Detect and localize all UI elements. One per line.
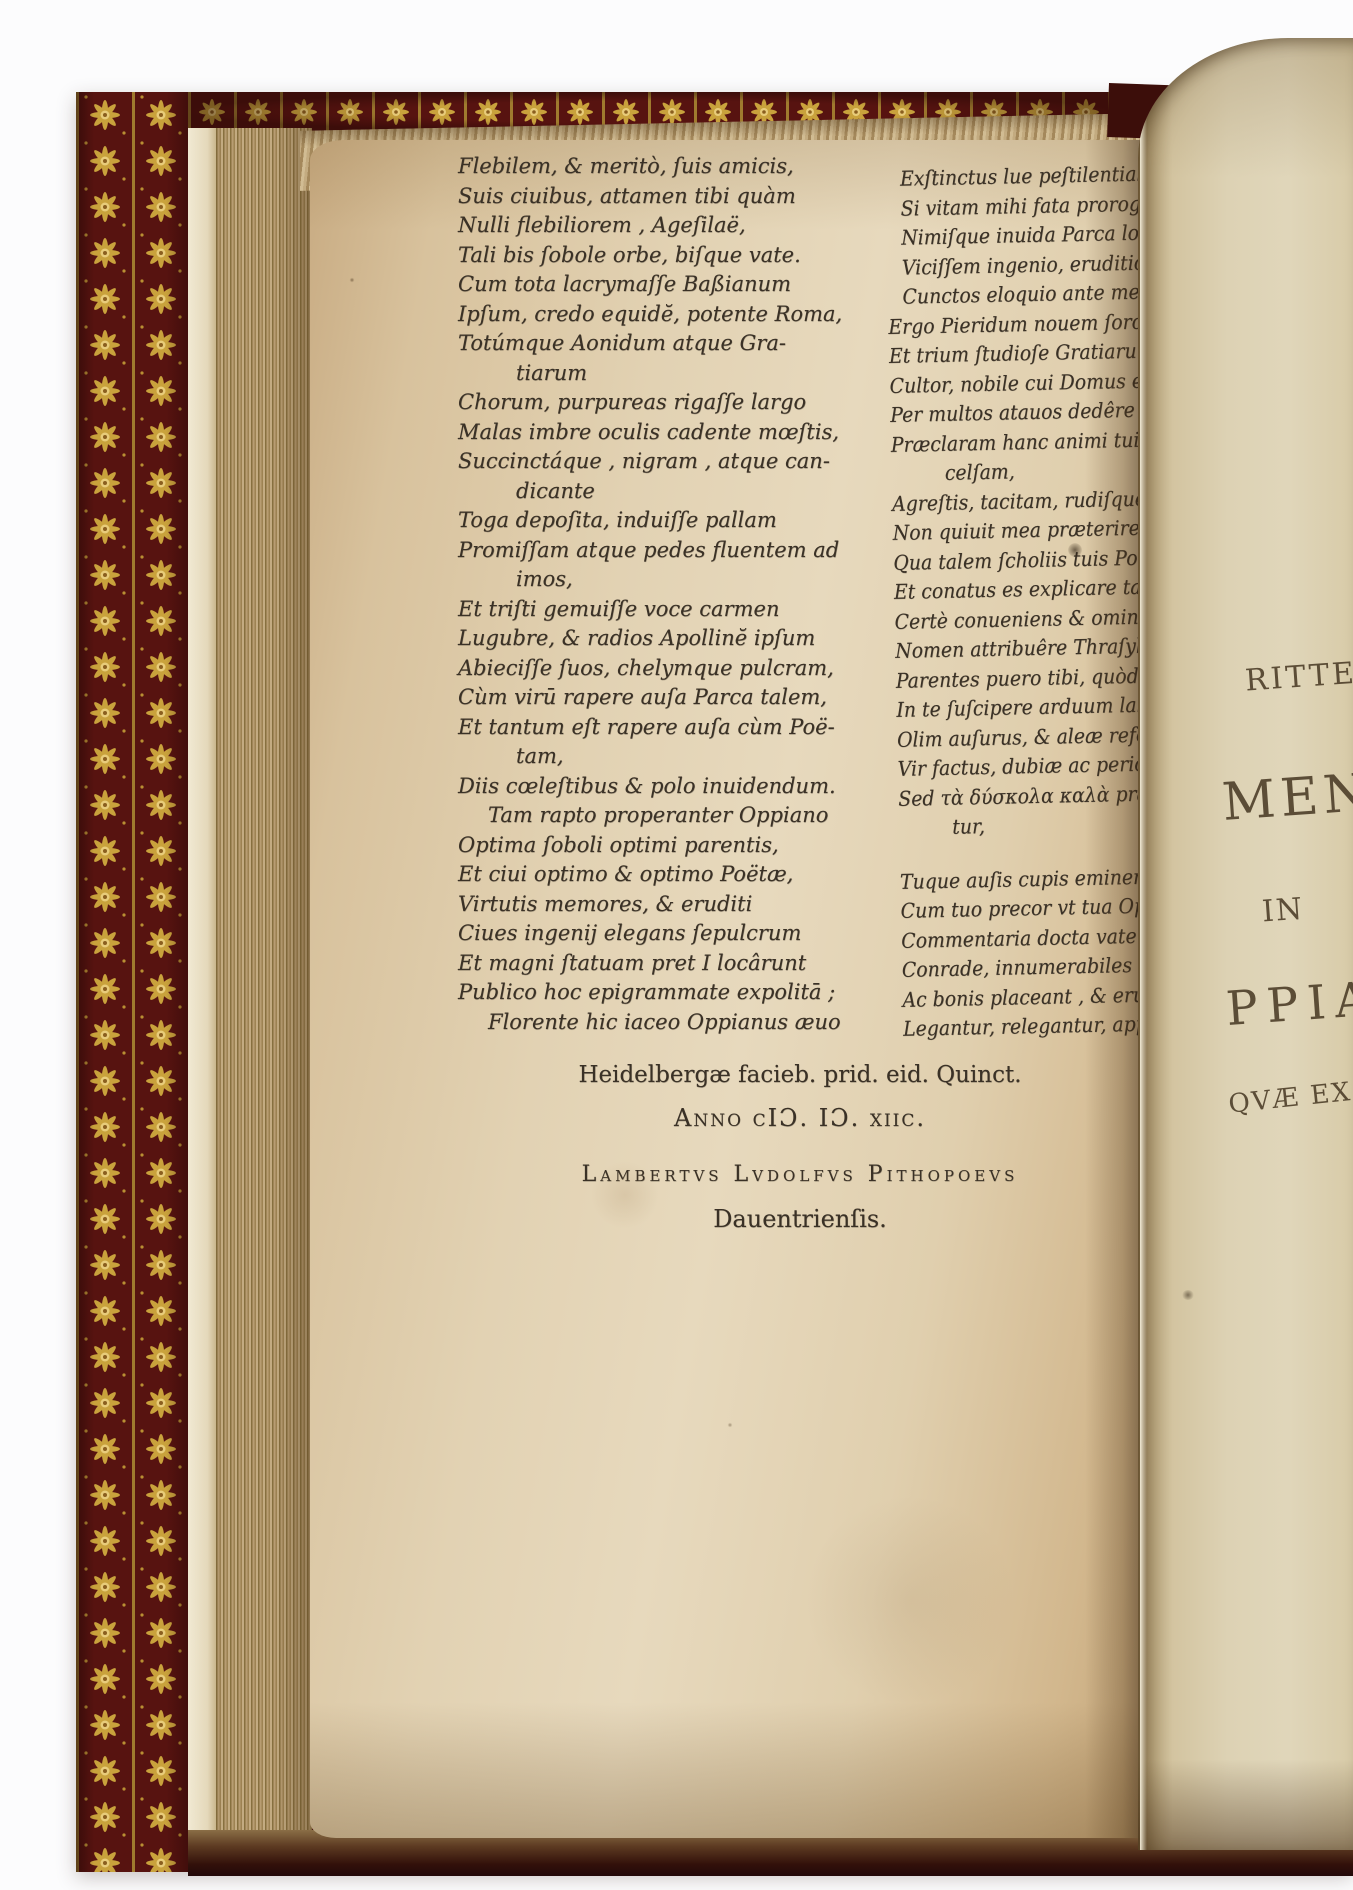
fore-edge-pages (188, 128, 312, 1872)
verse-line: tiarum (458, 359, 888, 389)
verse-line: Optima ſoboli optimi parentis, (458, 831, 888, 861)
verse-line: tur, (899, 808, 1148, 843)
verse-line: Nimiſque inuida Parca longiorē, (886, 218, 1148, 253)
verse-line: Tali bis ſobole orbe, biſque vate. (458, 241, 888, 271)
verse-line: Totúmque Aonidum atque Gra- (458, 329, 888, 359)
verse-line: Et triſti gemuiſſe voce carmen (458, 595, 888, 625)
verse-line: Promiſſam atque pedes fluentem ad (458, 536, 888, 566)
verse-line: Diis cœleſtibus & polo inuidendum. (458, 772, 888, 802)
verse-line: Florente hic iaceo Oppianus æuo (458, 1008, 888, 1038)
verse-line: Succinctáque , nigram , atque can- (458, 447, 888, 477)
verse-line: dicante (458, 477, 888, 507)
verse-line: tam, (458, 742, 888, 772)
verse-line: Ipſum, credo equidĕ, potente Roma, (458, 300, 888, 330)
next-page-curled: RITTERS MENTA IN PPIAN QVÆ EXSTANT (1138, 38, 1353, 1850)
verse-line: Cùm virū rapere auſa Parca talem, (458, 683, 888, 713)
verse-line: Et tantum eſt rapere auſa cùm Poë- (458, 713, 888, 743)
verse-line: Et magni ſtatuam pret I locârunt (458, 949, 888, 979)
verse-line: Malas imbre oculis cadente mœſtis, (458, 418, 888, 448)
title-fragment: IN (1261, 892, 1305, 930)
verse-line: Suis ciuibus, attamen tibi quàm (458, 182, 888, 212)
colophon: Heidelbergæ facieb. prid. eid. Quinct. A… (460, 1062, 1140, 1233)
title-fragment: PPIAN (1224, 968, 1353, 1037)
fore-edge-light-band (188, 128, 216, 1872)
title-fragment: MENTA (1220, 757, 1353, 833)
title-fragment: QVÆ EXSTANT (1227, 1066, 1353, 1120)
left-page: Flebilem, & meritò, ſuis amicis,Suis ciu… (310, 140, 1148, 1838)
colophon-name-line: Lambertvs Lvdolfvs Pithopoevs (460, 1162, 1140, 1187)
colophon-place-line: Heidelbergæ facieb. prid. eid. Quinct. (460, 1062, 1140, 1088)
verse-column-right: Exſtinctus lue peſtilentiali.Si vitam mi… (885, 159, 1148, 1044)
verse-line: Et conatus es explicare tantum. (894, 572, 1148, 607)
colophon-origin-line: Dauentrienſis. (460, 1205, 1140, 1233)
verse-line: Flebilem, & meritò, ſuis amicis, (458, 152, 888, 182)
verse-line: Cum tota lacrymaſſe Baßianum (458, 270, 888, 300)
verse-line: Virtutis memores, & eruditi (458, 890, 888, 920)
leaf-edge-highlight (1140, 38, 1147, 1850)
verse-line: In te ſuſcipere arduum laborem (896, 690, 1148, 725)
colophon-anno-line: Anno cIƆ. IƆ. xiic. (460, 1104, 1140, 1132)
verse-line: Præclaram hanc animi tui atque (891, 425, 1148, 460)
verse-line: Lugubre, & radios Apollinĕ ipſum (458, 624, 888, 654)
verse-line: Cum tuo precor vt tua Oppiano (900, 891, 1148, 926)
verse-line: Nulli flebiliorem , Ageſilaë, (458, 211, 888, 241)
verse-line: Per multos atauos dedêre nomen (890, 395, 1148, 430)
verse-line: Et trium ſtudioſe Gratiarum (889, 336, 1148, 371)
gilt-rosette-pattern-vertical (76, 92, 188, 1872)
verse-line: Legantur, relegantur, approbentur. (903, 1009, 1148, 1044)
verse-line: Publico hoc epigrammate expolitā ; (458, 978, 888, 1008)
verse-line: Ciues ingenij elegans ſepulcrum (458, 919, 888, 949)
verse-line: Toga depoſita, induiſſe pallam (458, 506, 888, 536)
verse-line: imos, (458, 565, 888, 595)
verse-line: Sed τὰ δύσκολα καλὰ prædican- (898, 779, 1148, 814)
title-fragment: RITTERS (1244, 652, 1353, 698)
verse-line: Tam rapto properanter Oppiano (458, 801, 888, 831)
left-cover-gilt-border (76, 92, 188, 1872)
verse-line: Nomen attribuêre Thraſybuli, (895, 631, 1148, 666)
verse-column-left: Flebilem, & meritò, ſuis amicis,Suis ciu… (458, 152, 888, 1037)
verse-line: Et ciui optimo & optimo Poëtæ, (458, 860, 888, 890)
verse-line: Abieciſſe ſuos, chelymque pulcram, (458, 654, 888, 684)
verse-line: Chorum, purpureas rigaſſe largo (458, 388, 888, 418)
verse-line: Conrade, innumerabiles per annos, (902, 950, 1148, 985)
verse-line: Vir factus, dubiæ ac periculoſæ. (897, 749, 1148, 784)
verse-line: Non quiuit mea præterire mentem, (892, 513, 1148, 548)
verse-line: Exſtinctus lue peſtilentiali. (885, 159, 1148, 194)
verse-line: Cunctos eloquio ante me Poëtas. (887, 277, 1148, 312)
